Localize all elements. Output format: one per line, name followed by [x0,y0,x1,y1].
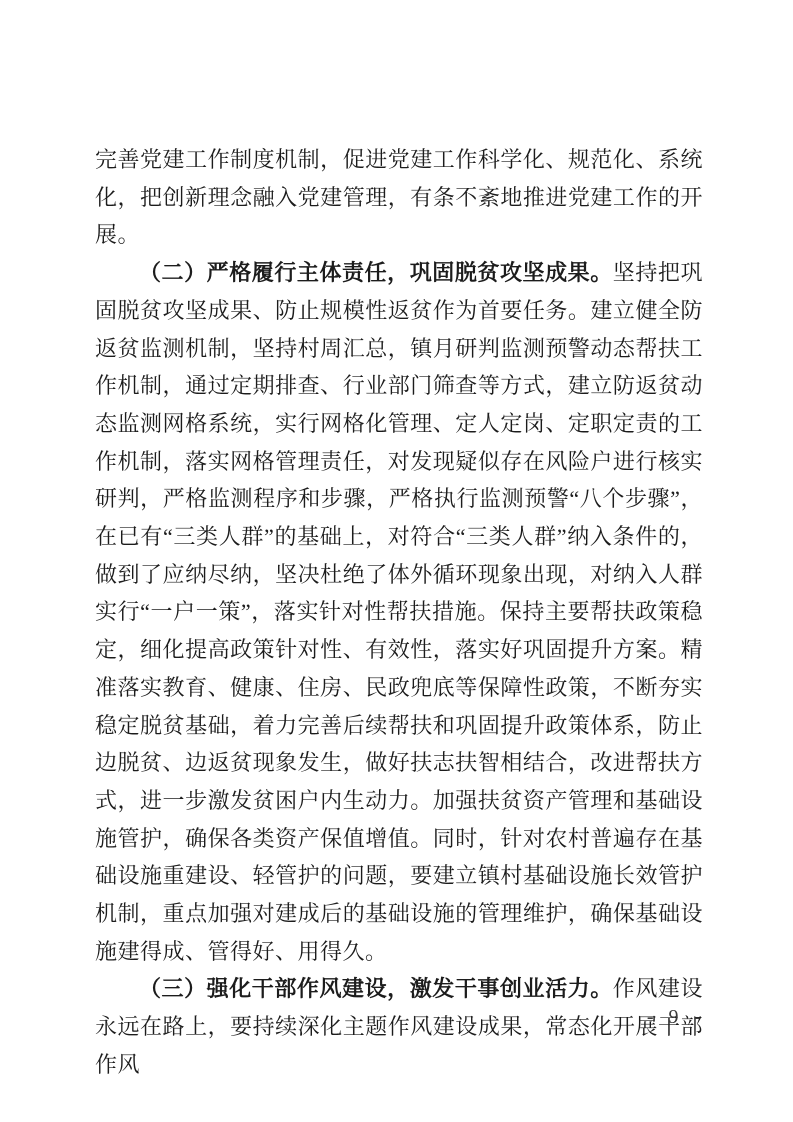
section-2-heading: （二）严格履行主体责任，巩固脱贫攻坚成果。 [139,260,613,285]
paragraph-section-2: （二）严格履行主体责任，巩固脱贫攻坚成果。坚持把巩固脱贫攻坚成果、防止规模性返贫… [95,254,703,970]
document-body: 完善党建工作制度机制，促进党建工作科学化、规范化、系统化，把创新理念融入党建管理… [95,141,703,1084]
page-number: - 9 - [647,1006,705,1028]
paragraph-continuation: 完善党建工作制度机制，促进党建工作科学化、规范化、系统化，把创新理念融入党建管理… [95,141,703,254]
paragraph-continuation-text: 完善党建工作制度机制，促进党建工作科学化、规范化、系统化，把创新理念融入党建管理… [95,147,703,247]
section-2-body-text: 坚持把巩固脱贫攻坚成果、防止规模性返贫作为首要任务。建立健全防返贫监测机制，坚持… [95,260,703,964]
section-3-heading: （三）强化干部作风建设，激发干事创业活力。 [139,976,613,1001]
page-footer: - 9 - [636,1006,716,1029]
document-page: 完善党建工作制度机制，促进党建工作科学化、规范化、系统化，把创新理念融入党建管理… [0,0,793,1122]
paragraph-section-3: （三）强化干部作风建设，激发干事创业活力。作风建设永远在路上，要持续深化主题作风… [95,970,703,1083]
